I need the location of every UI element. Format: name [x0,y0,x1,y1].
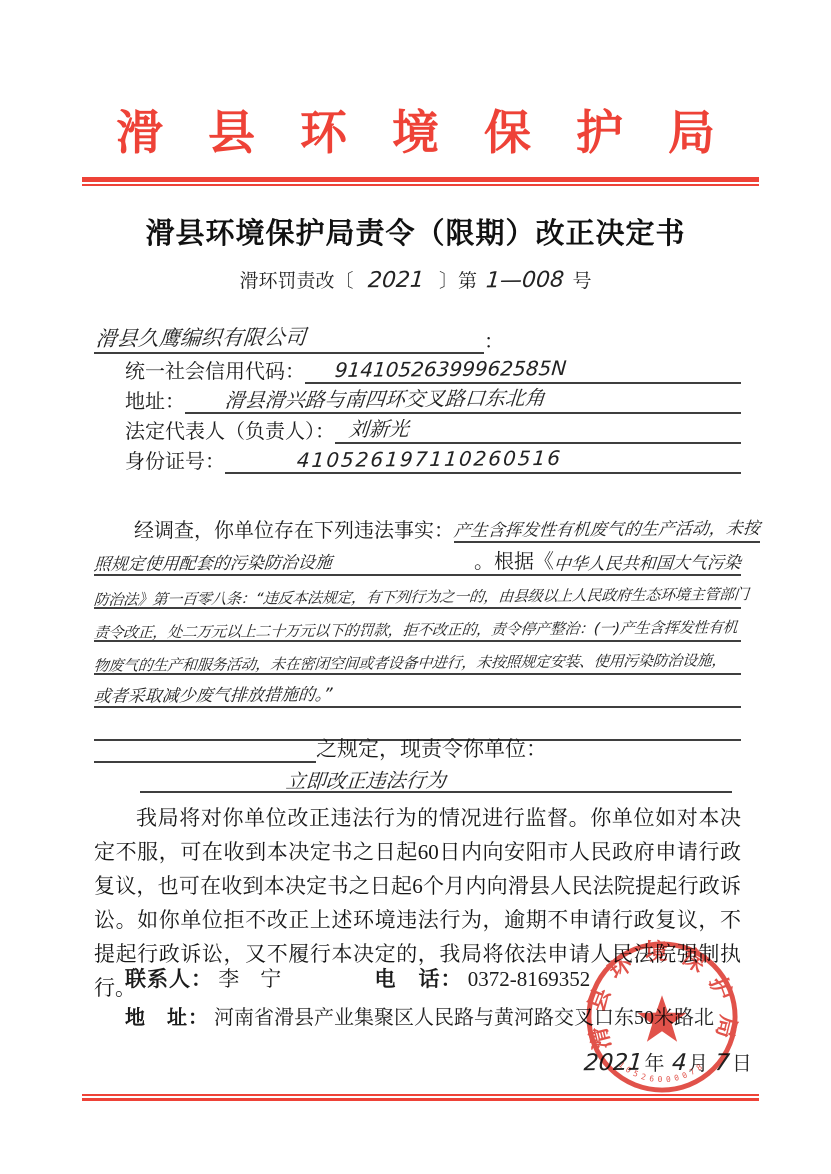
facts-line-6: 或者采取减少废气排放措施的。” [94,675,741,708]
order-handwritten-text: 立即改正违法行为 [285,764,447,794]
facts-line1-underline: 产生含挥发性有机废气的生产活动，未按 [454,515,760,543]
id-number-underline: 410526197110260516 [225,447,741,474]
document-title: 滑县环境保护局责令（限期）改正决定书 [0,211,831,252]
order-handwritten-row: 立即改正违法行为 [140,764,732,793]
order-statement-row: 之规定，现责令你单位： [94,737,741,763]
doc-number-prefix: 滑环罚责改〔 [239,271,353,292]
contact-person-label: 联系人： [125,968,213,991]
facts-hw-line6: 或者采取减少废气排放措施的。” [93,680,333,707]
phone-label: 电 话： [375,968,463,991]
doc-number-serial-handwritten: 1—008 [481,268,569,294]
phone-number: 0372-8169352 [468,967,591,991]
footer-thin-line [82,1094,759,1096]
facts-line-4: 责令改正，处二万元以上二十万元以下的罚款，拒不改正的，责令停产整治：(一)产生含… [94,609,741,642]
field-row-credit-code: 统一社会信用代码： 91410526399962585N [94,354,741,384]
address-value-handwritten: 滑县滑兴路与南四环交叉路口东北角 [224,382,547,414]
id-number-label: 身份证号： [94,445,225,474]
divider-thin-line [82,184,759,186]
facts-line-1: 经调查，你单位存在下列违法事实： 产生含挥发性有机废气的生产活动，未按 [94,512,741,543]
recipient-block: 滑县久鹰编织有限公司 ： 统一社会信用代码： 91410526399962585… [94,326,741,474]
credit-code-label: 统一社会信用代码： [94,355,305,384]
address-label: 地址： [94,385,185,414]
facts-hw-line1: 产生含挥发性有机废气的生产活动，未按 [453,514,761,542]
legal-rep-label: 法定代表人（负责人）： [94,415,335,444]
facts-hw-line4: 责令改正，处二万元以上二十万元以下的罚款，拒不改正的，责令停产整治：(一)产生含… [93,616,738,643]
address-underline: 滑县滑兴路与南四环交叉路口东北角 [185,383,741,414]
doc-number-mid: 〕第 [439,271,477,292]
bureau-address-label: 地 址： [125,1007,209,1029]
field-row-id-number: 身份证号： 410526197110260516 [94,444,741,474]
facts-printed-genju: 。根据《 [474,545,554,574]
facts-line-5: 物废气的生产和服务活动，未在密闭空间或者设备中进行，未按照规定安装、使用污染防治… [94,642,741,675]
official-seal: 滑县环境保护局 4105260000781 [583,938,741,1096]
facts-lead-printed: 经调查，你单位存在下列违法事实： [94,514,454,543]
legal-rep-value-handwritten: 刘新光 [348,413,410,443]
company-underline: 滑县久鹰编织有限公司 [94,322,484,354]
order-blank-underline [94,761,316,763]
contact-person-name: 李 宁 [218,967,281,991]
violation-facts-block: 经调查，你单位存在下列违法事实： 产生含挥发性有机废气的生产活动，未按 照规定使… [94,512,741,741]
field-row-address: 地址： 滑县滑兴路与南四环交叉路口东北角 [94,384,741,414]
facts-hw-line2a: 照规定使用配套的污染防治设施 [93,548,333,575]
letterhead-divider [82,177,759,186]
facts-hw-line2b: 中华人民共和国大气污染 [553,548,742,575]
order-printed-text: 之规定，现责令你单位： [316,733,547,763]
scanned-document-page: 滑县环境保护局 滑县环境保护局责令（限期）改正决定书 滑环罚责改〔 2021 〕… [0,0,831,1174]
credit-code-value-handwritten: 91410526399962585N [334,356,567,382]
doc-number-year-handwritten: 2021 [357,268,435,294]
letterhead-agency-name: 滑县环境保护局 [0,96,831,163]
facts-line-2: 照规定使用配套的污染防治设施 。根据《 中华人民共和国大气污染 [94,543,741,576]
company-row: 滑县久鹰编织有限公司 ： [94,326,741,354]
divider-thick-line [82,177,759,182]
company-name-handwritten: 滑县久鹰编织有限公司 [95,321,308,353]
document-number: 滑环罚责改〔 2021 〕第 1—008 号 [0,266,831,293]
credit-code-underline: 91410526399962585N [305,357,741,384]
footer-thick-line [82,1098,759,1101]
id-number-value-handwritten: 410526197110260516 [296,446,563,472]
company-colon: ： [484,325,504,354]
legal-rep-underline: 刘新光 [335,413,741,444]
facts-hw-line3: 防治法》第一百零八条：“违反本法规定，有下列行为之一的，由县级以上人民政府生态环… [93,583,749,610]
seal-star-icon [638,995,687,1041]
facts-hw-line5: 物废气的生产和服务活动，未在密闭空间或者设备中进行，未按照规定安装、使用污染防治… [93,649,727,676]
footer-divider [82,1094,759,1101]
facts-line-3: 防治法》第一百零八条：“违反本法规定，有下列行为之一的，由县级以上人民政府生态环… [94,576,741,609]
field-row-legal-rep: 法定代表人（负责人）： 刘新光 [94,414,741,444]
doc-number-suffix: 号 [573,271,592,292]
